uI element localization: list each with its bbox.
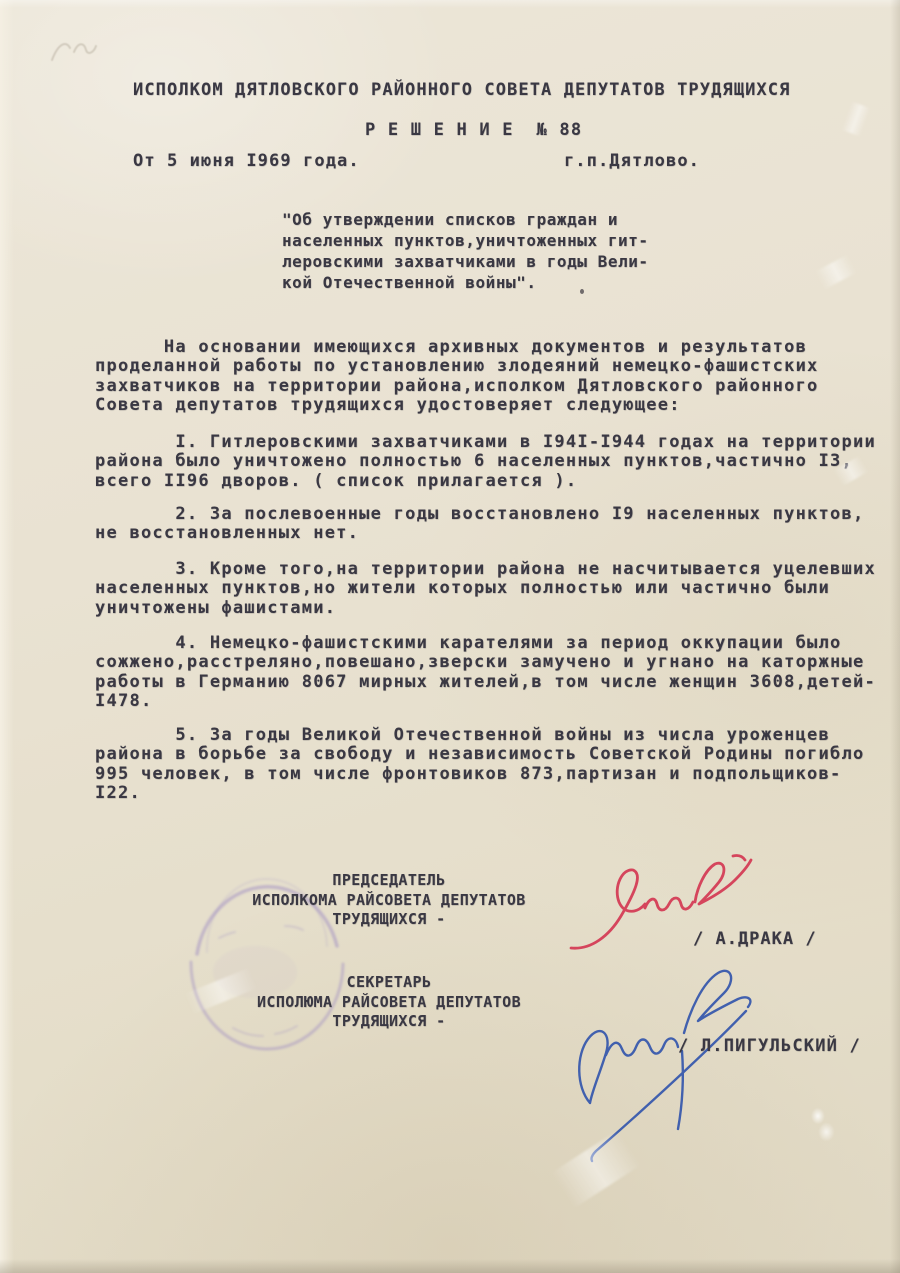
decision-number-line: Р Е Ш Е Н И Е № 88 [365,120,582,140]
scan-edge-top [0,0,900,8]
decree-item-2: 2. За послевоенные годы восстановлено I9… [95,505,865,544]
pencil-mark [48,34,98,70]
date-place-row: От 5 июня I969 года. г.п.Дятлово. [133,151,700,171]
secretary-name: / Л.ПИГУЛЬСКИЙ / [678,1036,861,1056]
chairman-title: ПРЕДСЕДАТЕЛЬ ИСПОЛКОМА РАЙСОВЕТА ДЕПУТАТ… [250,871,528,930]
decree-item-5: 5. За годы Великой Отечественной войны и… [95,726,865,804]
secretary-title: СЕКРЕТАРЬ ИСПОЛЮМА РАЙСОВЕТА ДЕПУТАТОВ Т… [250,973,528,1032]
scanned-document-page: ИСПОЛКОМ ДЯТЛОВСКОГО РАЙОННОГО СОВЕТА ДЕ… [0,0,900,1273]
chairman-name: / А.ДРАКА / [693,929,817,949]
preamble-paragraph: На основании имеющихся архивных документ… [95,338,819,416]
org-header-line: ИСПОЛКОМ ДЯТЛОВСКОГО РАЙОННОГО СОВЕТА ДЕ… [133,80,790,100]
stray-ink-dot [580,289,584,294]
subject-block: "Об утверждении списков граждан и населе… [282,209,649,293]
scan-edge-left [0,0,14,1273]
decree-item-3: 3. Кроме того,на территории района не на… [95,560,876,618]
paper-crease [841,101,870,136]
place-line: г.п.Дятлово. [564,151,700,171]
decree-item-1: I. Гитлеровскими захватчиками в I94I-I94… [95,433,876,491]
decree-item-4: 4. Немецко-фашистскими карателями за пер… [95,634,876,712]
scan-edge-bottom [0,1259,900,1273]
paper-crease [815,255,856,290]
date-line: От 5 июня I969 года. [133,151,360,171]
paper-damage-spot [806,1104,840,1144]
scan-edge-right [890,0,900,1273]
secretary-signature [556,955,791,1225]
